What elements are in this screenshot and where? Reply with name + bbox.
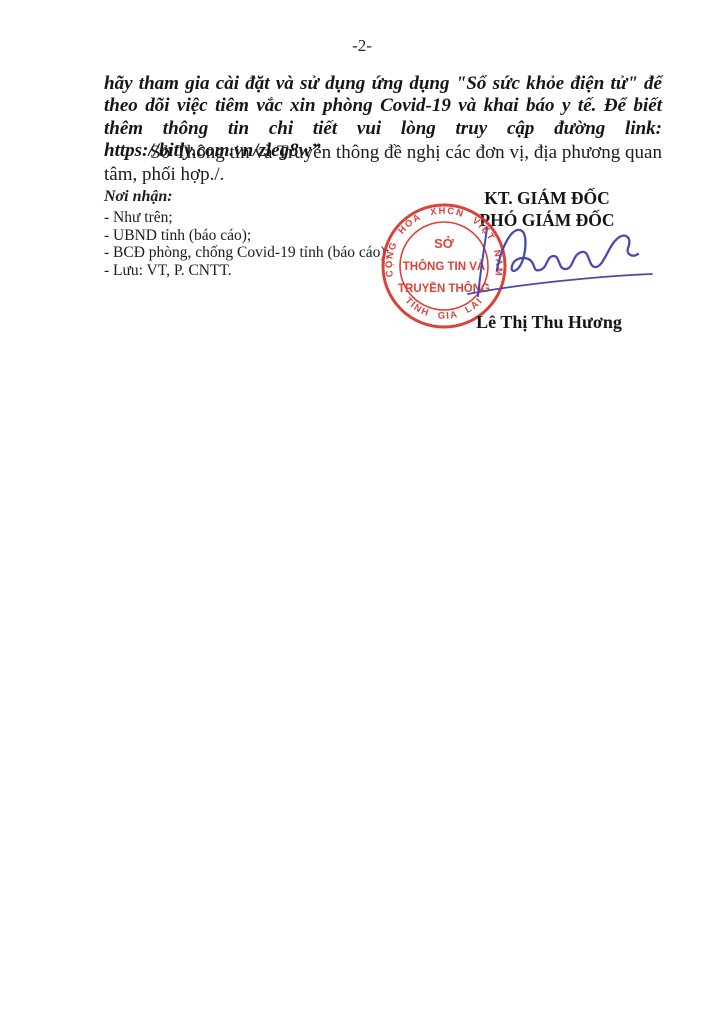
page-number: -2-	[0, 36, 724, 56]
document-page: -2- hãy tham gia cài đặt và sử dụng ứng …	[0, 0, 724, 1024]
body-paragraph-closing: Sở Thông tin và Truyền thông đề nghị các…	[104, 142, 662, 187]
recipients-item: - BCĐ phòng, chống Covid-19 tỉnh (báo cá…	[104, 244, 404, 262]
recipients-block: Nơi nhận: - Như trên; - UBND tỉnh (báo c…	[104, 188, 404, 279]
recipients-item: - Như trên;	[104, 209, 404, 227]
recipients-heading: Nơi nhận:	[104, 188, 404, 206]
signature-underline	[468, 274, 652, 294]
handwritten-signature	[460, 222, 660, 307]
signature-scrawl	[497, 230, 638, 271]
recipients-item: - UBND tỉnh (báo cáo);	[104, 227, 404, 245]
signature-lead-stroke	[478, 228, 487, 296]
recipients-item: - Lưu: VT, P. CNTT.	[104, 262, 404, 280]
signer-name: Lê Thị Thu Hương	[449, 312, 649, 333]
stamp-center-line1: SỞ	[434, 236, 455, 251]
